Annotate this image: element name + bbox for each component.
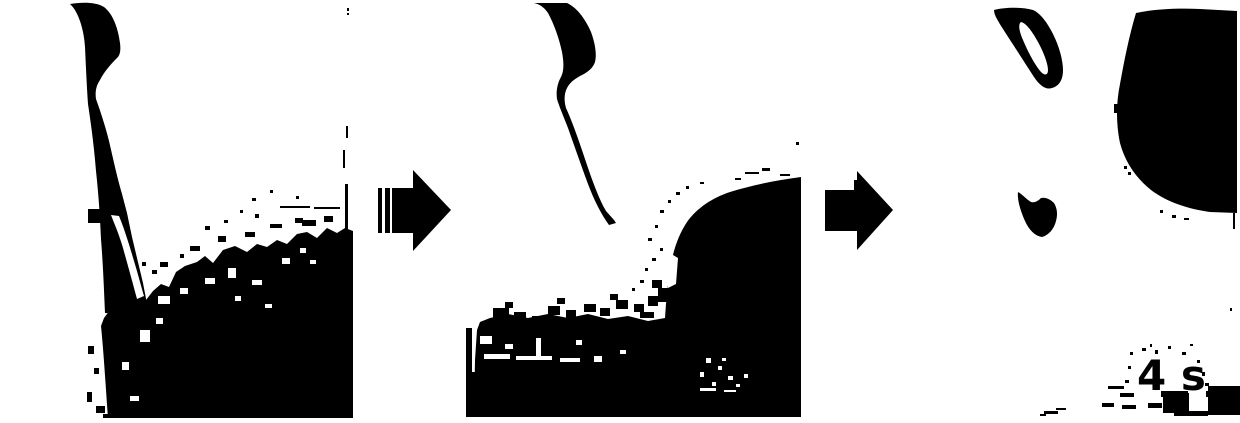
noise-speck <box>1142 348 1146 351</box>
noise-speck <box>180 288 188 294</box>
noise-speck <box>640 312 654 318</box>
frame-3: 4 s <box>994 8 1240 416</box>
noise-speck <box>610 294 618 300</box>
powder-heap <box>474 177 801 417</box>
arrow-notch <box>854 180 860 190</box>
noise-speck <box>1108 386 1124 389</box>
noise-speck <box>224 220 228 223</box>
noise-speck <box>255 214 259 218</box>
noise-speck <box>648 238 652 241</box>
noise-speck <box>1148 403 1162 408</box>
noise-speck <box>252 198 256 201</box>
nozzle-outline <box>994 8 1063 89</box>
noise-speck <box>252 280 262 285</box>
noise-speck <box>295 218 303 223</box>
arrow-bar-icon <box>378 188 382 233</box>
noise-speck <box>728 376 733 380</box>
noise-speck <box>493 308 509 318</box>
noise-speck <box>1205 383 1209 386</box>
powder-bed <box>101 228 353 418</box>
noise-speck <box>302 220 316 226</box>
noise-speck <box>1172 215 1176 218</box>
noise-speck <box>676 192 680 195</box>
noise-speck <box>576 340 582 345</box>
noise-speck <box>270 190 273 193</box>
noise-speck <box>780 174 790 176</box>
noise-speck <box>1128 366 1131 369</box>
noise-speck <box>122 362 129 370</box>
noise-speck <box>1163 393 1189 413</box>
noise-speck <box>505 302 513 308</box>
noise-speck <box>744 374 748 378</box>
powder-bed-fragment <box>466 372 478 417</box>
frame-1 <box>70 3 353 418</box>
noise-speck <box>205 226 210 230</box>
noise-speck <box>668 200 671 203</box>
noise-speck <box>296 196 299 199</box>
powder-bed-fragment <box>466 328 472 374</box>
noise-speck <box>245 232 255 237</box>
noise-speck <box>1124 166 1127 169</box>
noise-speck <box>240 210 243 213</box>
sequence-figure: 4 s <box>0 0 1240 423</box>
noise-speck <box>686 186 689 189</box>
noise-speck <box>1150 344 1152 347</box>
noise-speck <box>324 216 333 222</box>
noise-speck <box>228 268 236 278</box>
noise-speck <box>280 206 310 208</box>
noise-speck <box>1208 386 1240 415</box>
figure-canvas: 4 s <box>0 0 1240 423</box>
noise-speck <box>484 354 510 359</box>
noise-speck <box>1155 350 1158 354</box>
noise-speck <box>735 178 741 180</box>
noise-speck <box>310 260 316 264</box>
noise-speck <box>265 304 272 308</box>
frame-edge-line <box>1233 213 1235 229</box>
noise-speck <box>96 406 105 413</box>
noise-speck <box>505 344 513 349</box>
noise-speck <box>94 368 99 374</box>
noise-speck <box>1202 372 1205 376</box>
noise-speck <box>655 225 658 228</box>
noise-speck <box>140 330 150 342</box>
nozzle-silhouette <box>534 3 616 225</box>
noise-speck <box>300 248 306 253</box>
noise-speck <box>1122 405 1136 409</box>
noise-speck <box>536 338 541 360</box>
noise-speck <box>1102 403 1114 407</box>
noise-speck <box>584 304 596 312</box>
noise-speck <box>218 236 226 242</box>
noise-speck <box>566 310 576 318</box>
noise-speck <box>270 224 282 228</box>
noise-speck <box>1174 411 1208 416</box>
noise-speck <box>1056 408 1066 410</box>
noise-speck <box>616 300 628 309</box>
noise-speck <box>346 126 348 138</box>
noise-speck <box>532 316 542 322</box>
noise-speck <box>1184 218 1189 220</box>
noise-speck <box>516 356 552 360</box>
mass-edge-nub <box>1114 104 1119 113</box>
noise-speck <box>560 358 580 362</box>
noise-speck <box>514 312 526 320</box>
noise-speck <box>1160 210 1163 213</box>
noise-speck <box>762 168 770 171</box>
noise-speck <box>745 172 759 174</box>
noise-speck <box>632 288 635 291</box>
noise-speck <box>724 390 736 392</box>
noise-speck <box>658 288 668 302</box>
noise-speck <box>1190 344 1193 346</box>
noise-speck <box>314 207 340 209</box>
noise-speck <box>594 356 602 362</box>
noise-speck <box>1120 393 1134 397</box>
noise-speck <box>347 13 349 15</box>
noise-speck <box>1197 360 1200 363</box>
noise-speck <box>345 184 348 230</box>
step-arrow-1 <box>378 170 451 251</box>
noise-speck <box>88 346 94 354</box>
noise-speck <box>1128 172 1131 175</box>
noise-speck <box>700 372 704 377</box>
noise-speck <box>1040 414 1046 416</box>
noise-speck <box>1182 352 1186 355</box>
noise-speck <box>548 306 560 315</box>
noise-speck <box>706 358 711 363</box>
noise-speck <box>343 150 345 168</box>
noise-speck <box>736 384 740 387</box>
noise-speck <box>1125 380 1129 383</box>
noise-speck <box>557 298 565 304</box>
noise-speck <box>87 392 92 402</box>
noise-speck <box>1168 346 1171 349</box>
noise-speck <box>282 258 290 264</box>
noise-speck <box>235 296 241 301</box>
noise-speck <box>796 142 799 145</box>
noise-speck <box>103 414 117 418</box>
noise-speck <box>180 254 184 258</box>
noise-speck <box>620 350 626 354</box>
noise-speck <box>1044 411 1058 414</box>
noise-speck <box>190 246 200 251</box>
agglomerate-mass <box>1117 9 1237 213</box>
noise-speck <box>718 366 722 370</box>
noise-speck <box>652 280 662 288</box>
arrow-bar-icon <box>385 188 390 233</box>
noise-speck <box>160 262 168 267</box>
noise-speck <box>347 8 349 11</box>
noise-speck <box>700 388 716 391</box>
noise-speck <box>712 382 716 386</box>
falling-droplet <box>1018 192 1057 237</box>
noise-speck <box>634 304 644 312</box>
noise-speck <box>480 336 492 344</box>
noise-speck <box>600 308 610 316</box>
noise-speck <box>660 248 663 251</box>
noise-speck <box>158 296 170 304</box>
noise-speck <box>640 280 644 283</box>
noise-speck <box>652 258 656 261</box>
noise-speck <box>645 268 648 271</box>
noise-speck <box>648 296 658 306</box>
block-arrow-right-icon <box>392 170 451 251</box>
frame-2 <box>466 3 801 417</box>
noise-speck <box>205 278 215 284</box>
noise-speck <box>142 262 146 266</box>
noise-speck <box>660 210 664 213</box>
noise-speck <box>700 182 704 184</box>
frame-edge-marks <box>280 8 349 230</box>
step-arrow-2 <box>825 171 893 250</box>
noise-speck <box>1230 308 1232 311</box>
noise-speck <box>152 270 157 274</box>
noise-speck <box>156 318 163 324</box>
noise-speck <box>130 396 139 401</box>
noise-speck <box>722 358 726 361</box>
nozzle-side-protrusion <box>88 209 103 223</box>
noise-speck <box>1130 352 1133 355</box>
